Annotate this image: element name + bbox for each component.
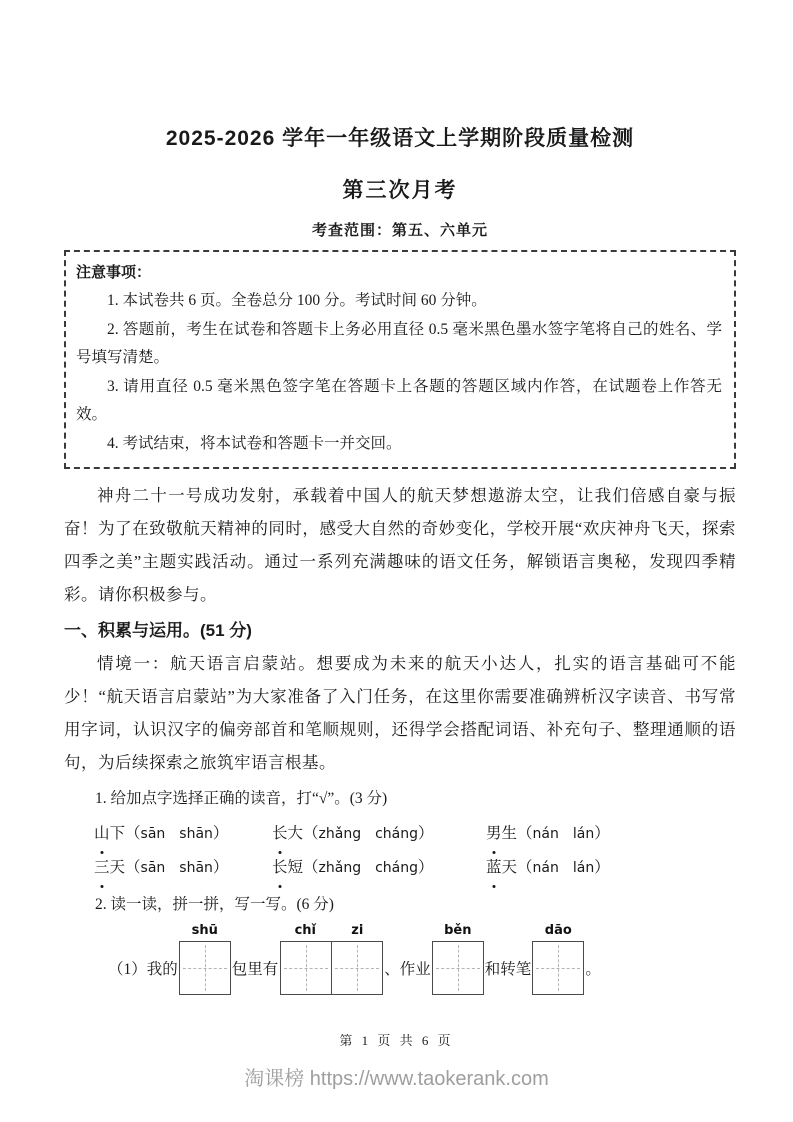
paren-close: ） (418, 859, 434, 876)
pinyin-label: zi (331, 921, 383, 941)
pinyin-option: lán (573, 826, 594, 842)
pinyin-label: běn (432, 921, 484, 941)
grid-cells (432, 941, 484, 995)
paren-open: （ (517, 825, 533, 842)
q1-word-item: 长大（zhǎngcháng） (272, 817, 486, 851)
q1-word-item: 长短（zhǎngcháng） (272, 851, 486, 885)
scenario-paragraph: 情境一：航天语言启蒙站。想要成为未来的航天小达人，扎实的语言基础可不能少！“航天… (64, 647, 736, 779)
writing-grid-cell (432, 941, 484, 995)
pinyin-label: shū (179, 921, 231, 941)
word-rest: 大 (288, 825, 304, 842)
q2-text-segment: 、作业 (384, 957, 431, 979)
word-rest: 天 (502, 859, 518, 876)
pinyin-label: dāo (532, 921, 584, 941)
writing-grid: běn (432, 921, 484, 995)
q1-word-item: 山下（sānshān） (94, 817, 272, 851)
question1-options: 山下（sānshān） 长大（zhǎngcháng） 男生（nánlán） 三天… (64, 817, 736, 885)
question2-prompt: 2. 读一读，拼一拼，写一写。(6 分) (64, 891, 736, 919)
pinyin-option: cháng (375, 860, 418, 876)
q1-word-item: 三天（sānshān） (94, 851, 272, 885)
grid-cells (179, 941, 231, 995)
q1-row-1: 山下（sānshān） 长大（zhǎngcháng） 男生（nánlán） (94, 817, 736, 851)
q2-text-segment: 。 (585, 957, 601, 979)
word-rest: 天 (110, 859, 126, 876)
question2-fill-line: （1）我的 shū 包里有 chǐzi 、作业 běn 和转笔 dāo 。 (64, 921, 736, 995)
word-rest: 下 (110, 825, 126, 842)
notice-item-1: 1. 本试卷共 6 页。全卷总分 100 分。考试时间 60 分钟。 (76, 287, 722, 315)
question1-prompt: 1. 给加点字选择正确的读音，打“√”。(3 分) (64, 785, 736, 813)
word-rest: 短 (288, 859, 304, 876)
pinyin-row: shū (179, 921, 231, 941)
writing-grid-cell (331, 941, 383, 995)
pinyin-option: shān (179, 826, 213, 842)
notice-item-2: 2. 答题前，考生在试卷和答题卡上务必用直径 0.5 毫米黑色墨水签字笔将自己的… (76, 316, 722, 372)
writing-grid: chǐzi (279, 921, 383, 995)
paren-open: （ (303, 825, 319, 842)
page-number-footer: 第 1 页 共 6 页 (0, 1030, 793, 1049)
pinyin-option: sān (141, 826, 166, 842)
notice-heading: 注意事项： (76, 260, 722, 286)
exam-scope: 考查范围：第五、六单元 (64, 220, 736, 242)
paren-close: ） (594, 859, 610, 876)
pinyin-option: nán (533, 860, 559, 876)
dotted-char: 男 (486, 817, 502, 850)
pinyin-label: chǐ (279, 921, 331, 941)
writing-grid-cell (280, 941, 332, 995)
pinyin-option: sān (141, 860, 166, 876)
word-rest: 生 (502, 825, 518, 842)
notice-box: 注意事项： 1. 本试卷共 6 页。全卷总分 100 分。考试时间 60 分钟。… (64, 250, 736, 469)
pinyin-option: cháng (375, 826, 418, 842)
writing-grid: dāo (532, 921, 584, 995)
dotted-char: 三 (94, 851, 110, 884)
page-subtitle: 第三次月考 (64, 176, 736, 206)
writing-grid-cell (179, 941, 231, 995)
q1-word-item: 蓝天（nánlán） (486, 851, 610, 885)
q1-row-2: 三天（sānshān） 长短（zhǎngcháng） 蓝天（nánlán） (94, 851, 736, 885)
pinyin-row: běn (432, 921, 484, 941)
dotted-char: 长 (272, 851, 288, 884)
dotted-char: 山 (94, 817, 110, 850)
paren-close: ） (213, 859, 229, 876)
site-watermark: 淘课榜 https://www.taokerank.com (0, 1062, 793, 1091)
paren-open: （ (125, 825, 141, 842)
q2-text-segment: （1）我的 (108, 957, 178, 979)
q1-word-item: 男生（nánlán） (486, 817, 610, 851)
pinyin-option: lán (573, 860, 594, 876)
paren-close: ） (418, 825, 434, 842)
pinyin-option: zhǎng (319, 826, 362, 842)
paren-close: ） (594, 825, 610, 842)
intro-paragraph: 神舟二十一号成功发射，承载着中国人的航天梦想遨游太空，让我们倍感自豪与振奋！为了… (64, 479, 736, 611)
paren-close: ） (213, 825, 229, 842)
grid-cells (280, 941, 383, 995)
pinyin-option: shān (179, 860, 213, 876)
pinyin-row: chǐzi (279, 921, 383, 941)
dotted-char: 蓝 (486, 851, 502, 884)
q2-text-segment: 包里有 (232, 957, 279, 979)
section1-heading: 一、积累与运用。(51 分) (64, 617, 736, 645)
pinyin-option: nán (533, 826, 559, 842)
paren-open: （ (303, 859, 319, 876)
paren-open: （ (517, 859, 533, 876)
exam-page: 2025-2026 学年一年级语文上学期阶段质量检测 第三次月考 考查范围：第五… (0, 124, 793, 995)
writing-grid: shū (179, 921, 231, 995)
q2-text-segment: 和转笔 (485, 957, 532, 979)
grid-cells (532, 941, 584, 995)
notice-item-4: 4. 考试结束，将本试卷和答题卡一并交回。 (76, 430, 722, 458)
pinyin-row: dāo (532, 921, 584, 941)
notice-item-3: 3. 请用直径 0.5 毫米黑色签字笔在答题卡上各题的答题区域内作答，在试题卷上… (76, 373, 722, 429)
writing-grid-cell (532, 941, 584, 995)
paren-open: （ (125, 859, 141, 876)
pinyin-option: zhǎng (319, 860, 362, 876)
dotted-char: 长 (272, 817, 288, 850)
page-title: 2025-2026 学年一年级语文上学期阶段质量检测 (64, 124, 736, 154)
